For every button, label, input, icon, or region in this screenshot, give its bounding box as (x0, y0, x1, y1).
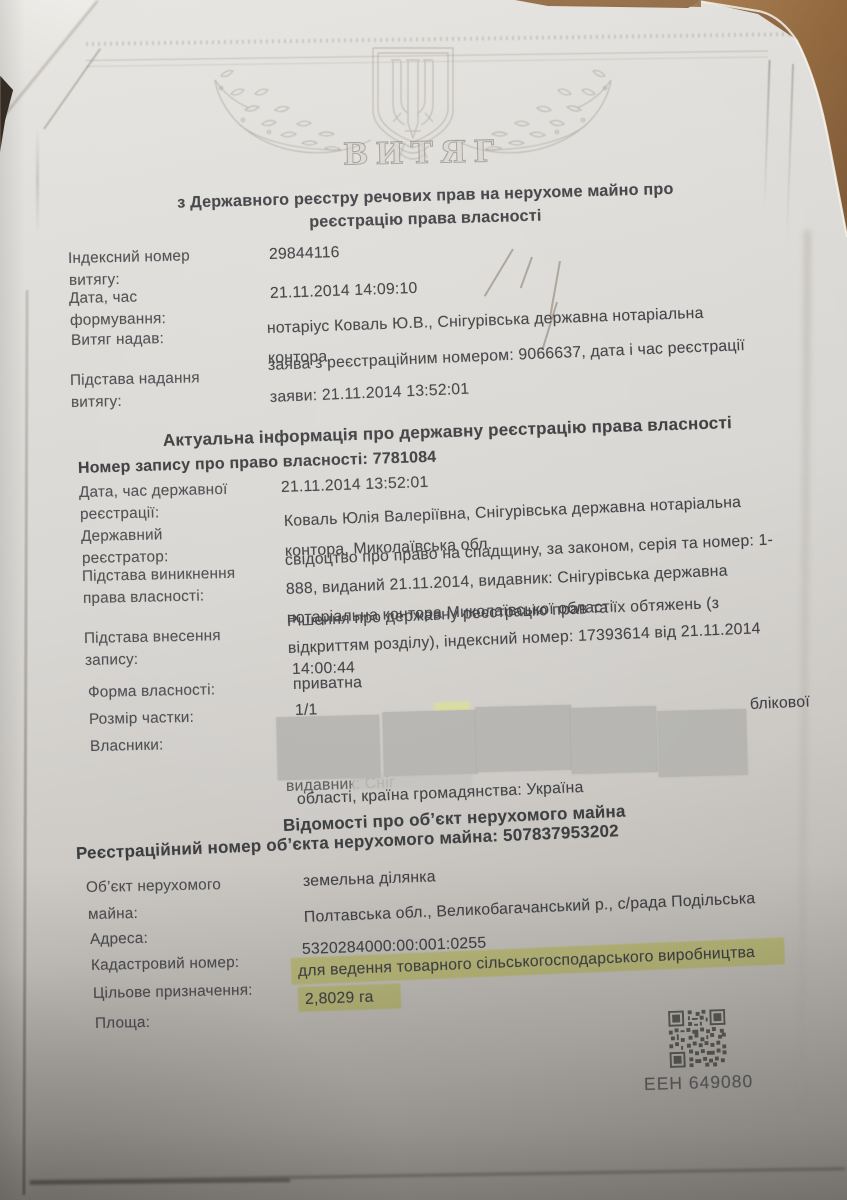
photographed-document-scene: ВИТЯГ з Державного реєстру речових прав … (0, 0, 847, 1200)
redaction-block (657, 709, 748, 777)
field-value-highlighted: 2,8029 га (305, 989, 374, 1010)
field-label: Власники: (90, 736, 164, 756)
field-label: реєстрації: (80, 504, 160, 524)
field-label: Адреса: (90, 930, 148, 950)
field-label: реєстратор: (82, 548, 169, 568)
field-label: витягу: (69, 271, 120, 290)
field-label: Підстава виникнення (82, 565, 236, 587)
redaction-block (382, 710, 478, 776)
field-label: Розмір частки: (89, 709, 194, 730)
redaction-block (276, 715, 381, 781)
field-label: майна: (88, 905, 138, 924)
certificate-code: ЕЕН 649080 (644, 1071, 754, 1095)
field-label: витягу: (71, 393, 122, 412)
field-value: 29844116 (269, 244, 340, 265)
field-label: права власності: (83, 587, 205, 608)
field-label: Об’єкт нерухомого (86, 876, 221, 897)
redaction-block (475, 705, 573, 772)
field-label: формування: (70, 310, 166, 330)
qr-code-icon (668, 1009, 727, 1068)
desk-corner-top-right (640, 0, 847, 240)
field-value: приватна (293, 674, 363, 695)
field-label: Підстава надання (70, 369, 200, 390)
field-label: Індексний номер (68, 247, 190, 268)
field-label: Державний (81, 526, 163, 546)
field-label: запису: (85, 651, 139, 670)
watermark-title: ВИТЯГ (343, 134, 502, 172)
field-label: Цільове призначення: (93, 982, 253, 1004)
field-label: Площа: (95, 1014, 151, 1033)
field-label: Витяг надав: (71, 330, 164, 350)
field-label: Дата, час державної (79, 481, 228, 502)
field-label: Дата, час (69, 289, 138, 309)
redacted-text-fragment: блікової (750, 693, 811, 714)
redaction-block (570, 706, 658, 774)
field-label: Кадастровий номер: (91, 954, 240, 975)
field-label: Підстава внесення (84, 627, 221, 648)
field-label: Форма власності: (88, 681, 216, 702)
